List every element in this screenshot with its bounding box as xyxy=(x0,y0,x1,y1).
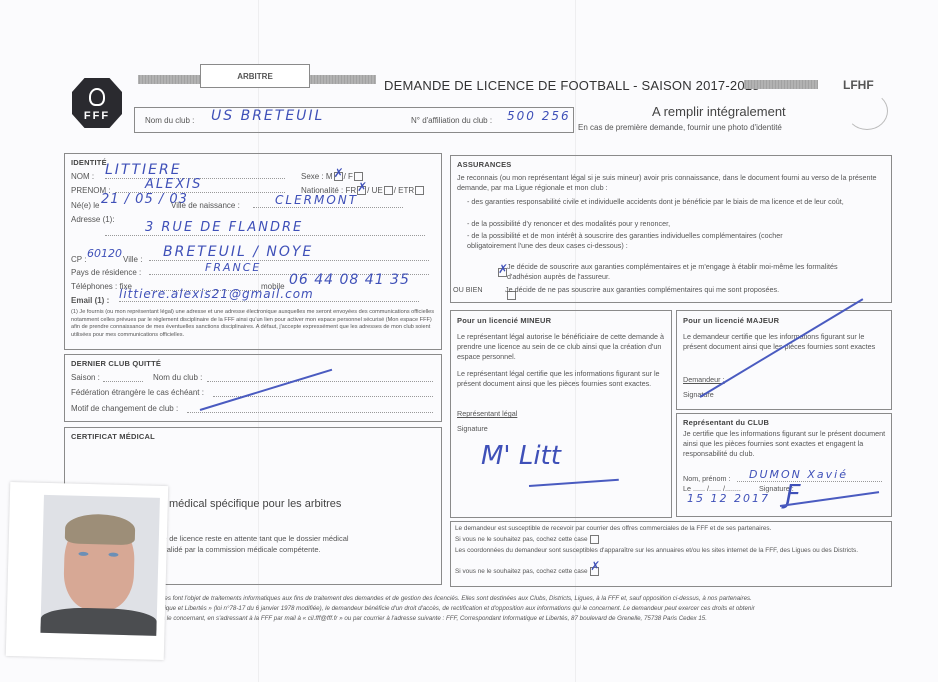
email-field[interactable]: littiere.alexis21@gmail.com xyxy=(119,287,419,302)
rooster-icon xyxy=(89,88,105,106)
sex-m-checkbox[interactable] xyxy=(334,172,343,181)
subscribe-complementary-checkbox[interactable] xyxy=(498,268,507,277)
form-title: DEMANDE DE LICENCE DE FOOTBALL - SAISON … xyxy=(384,78,760,93)
legal-rep-signature[interactable]: M' Litt xyxy=(481,441,561,471)
lfhf-logo: LFHF xyxy=(843,78,874,92)
first-name-field[interactable]: ALEXIS xyxy=(115,177,285,193)
marketing-consent-section: Le demandeur est susceptible de recevoir… xyxy=(450,521,892,587)
no-directory-listing-checkbox[interactable] xyxy=(590,567,599,576)
city-field[interactable]: BRETEUIL / NOYE xyxy=(149,244,429,261)
email-footnote: (1) Je fournis (ou mon représentant léga… xyxy=(71,309,437,339)
legal-notice: ueillies font l'objet de traitements inf… xyxy=(152,594,902,624)
adult-section: Pour un licencié MAJEUR Le demandeur cer… xyxy=(676,310,892,410)
insurance-bullet: - de la possibilité d'y renoncer et des … xyxy=(467,219,877,229)
club-rep-name-field[interactable]: DUMON Xavié xyxy=(737,468,882,482)
insurance-bullet: - des garanties responsabilité civile et… xyxy=(467,197,877,207)
mobile-field[interactable]: 06 44 08 41 35 xyxy=(289,272,410,288)
last-club-section: DERNIER CLUB QUITTÉ Saison : Nom du club… xyxy=(64,354,442,422)
nationality-etr-checkbox[interactable] xyxy=(415,186,424,195)
club-representative-section: Représentant du CLUB Je certifie que les… xyxy=(676,413,892,517)
address-field[interactable]: 3 RUE DE FLANDRE xyxy=(105,220,425,236)
fff-logo: FFF xyxy=(72,78,122,128)
season-field[interactable] xyxy=(103,381,143,382)
club-name-field[interactable]: US BRETEUIL xyxy=(211,108,324,124)
postal-code-field[interactable]: 60120 xyxy=(87,247,122,260)
photo-instruction: En cas de première demande, fournir une … xyxy=(578,123,782,132)
identity-section: IDENTITÉ NOM : LITTIERE Sexe : M/ F PREN… xyxy=(64,153,442,350)
previous-club-field[interactable] xyxy=(207,381,433,382)
club-rep-date-field[interactable]: 15 12 2017 xyxy=(687,492,770,505)
affiliation-field[interactable]: 500 256 xyxy=(507,109,571,123)
change-reason-field[interactable] xyxy=(187,412,433,413)
gray-band xyxy=(744,80,818,89)
minor-section: Pour un licencié MINEUR Le représentant … xyxy=(450,310,672,518)
birth-city-field[interactable]: CLERMONT xyxy=(253,193,403,208)
no-commercial-offers-checkbox[interactable] xyxy=(590,535,599,544)
licence-form-page: FFF ARBITRE DEMANDE DE LICENCE DE FOOTBA… xyxy=(0,0,938,682)
fill-instruction: A remplir intégralement xyxy=(652,104,786,119)
category-tab: ARBITRE xyxy=(200,64,310,88)
club-info-box: Nom du club : US BRETEUIL N° d'affiliati… xyxy=(134,107,574,133)
signature-stroke xyxy=(529,479,619,487)
insurance-bullet: - de la possibilité et de mon intérêt à … xyxy=(467,231,817,251)
gray-band xyxy=(138,75,200,84)
gray-band xyxy=(310,75,376,84)
lfhf-emblem-icon xyxy=(846,92,888,130)
insurance-section: ASSURANCES Je reconnais (ou mon représen… xyxy=(450,155,892,303)
id-photo xyxy=(6,482,169,660)
